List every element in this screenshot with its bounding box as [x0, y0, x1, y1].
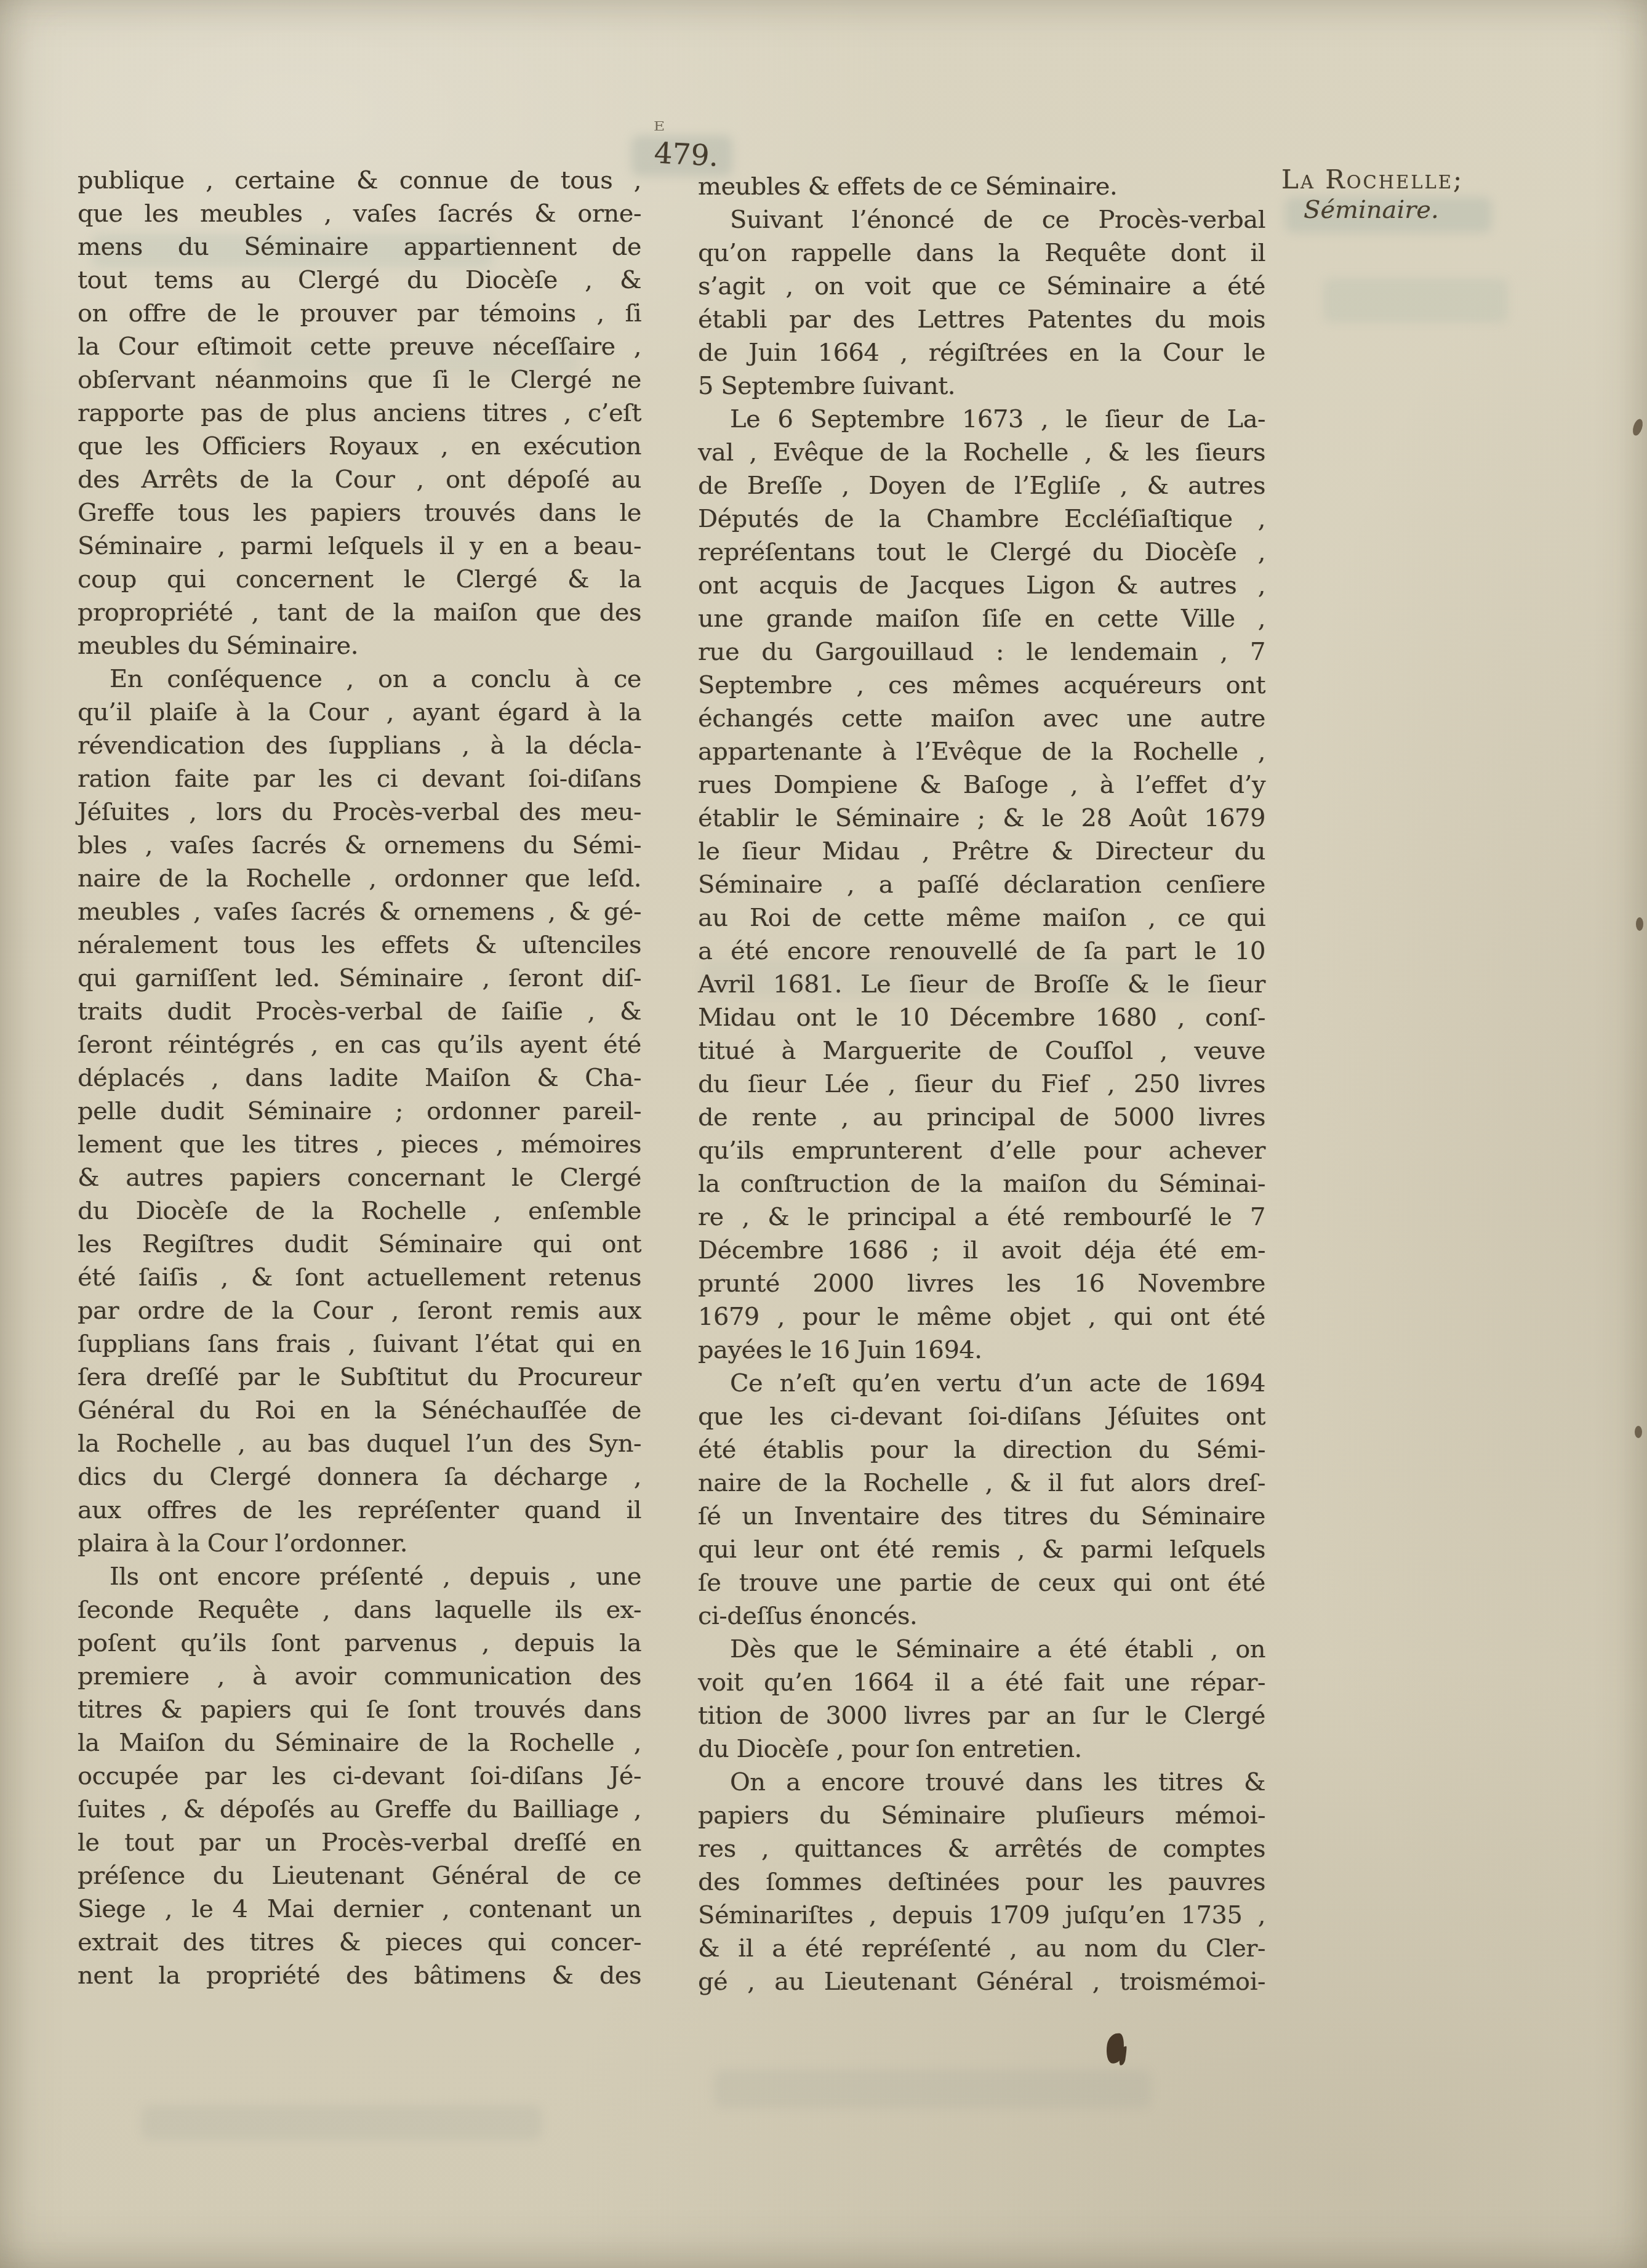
text-line: extrait des titres & pieces qui concer-	[78, 1926, 641, 1959]
text-line: le tout par un Procès-verbal dreſſé en	[78, 1826, 641, 1859]
text-line: qu’il plaiſe à la Cour , ayant égard à l…	[78, 696, 641, 729]
text-line: 5 Septembre ſuivant.	[698, 369, 1265, 403]
text-line: obſervant néanmoins que ſi le Clergé ne	[78, 363, 641, 396]
text-line: ſeront réintégrés , en cas qu’ils ayent …	[78, 1028, 641, 1061]
text-line: On a encore trouvé dans les titres &	[698, 1766, 1265, 1799]
text-line: publique , certaine & connue de tous ,	[78, 164, 641, 197]
text-line: Ils ont encore préſenté , depuis , une	[78, 1560, 641, 1593]
text-line: de rente , au principal de 5000 livres	[698, 1101, 1265, 1134]
text-line: échangés cette maiſon avec une autre	[698, 702, 1265, 735]
text-line: été établis pour la direction du Sémi-	[698, 1433, 1265, 1466]
paper-stain	[714, 2070, 1151, 2108]
text-line: ſupplians ſans frais , ſuivant l’état qu…	[78, 1327, 641, 1361]
text-line: dics du Clergé donnera ſa décharge ,	[78, 1460, 641, 1494]
edge-speck	[1635, 1426, 1642, 1438]
text-line: ration faite par les ci devant ſoi-diſan…	[78, 762, 641, 795]
text-line: que les ci-devant ſoi-diſans Jéſuites on…	[698, 1400, 1265, 1433]
text-line: le ſieur Midau , Prêtre & Directeur du	[698, 835, 1265, 868]
text-line: coup qui concernent le Clergé & la	[78, 563, 641, 596]
text-line: de Breſſe , Doyen de l’Egliſe , & autres	[698, 469, 1265, 502]
margin-note: La Rochelle; Séminaire.	[1281, 165, 1464, 225]
text-line: qui leur ont été remis , & parmi leſquel…	[698, 1533, 1265, 1566]
text-line: appartenante à l’Evêque de la Rochelle ,	[698, 735, 1265, 768]
paper-stain	[142, 2105, 542, 2140]
text-line: qui garniſſent led. Séminaire , ſeront d…	[78, 962, 641, 995]
text-line: rue du Gargouillaud : le lendemain , 7	[698, 635, 1265, 669]
text-line: naire de la Rochelle , ordonner que leſd…	[78, 862, 641, 895]
text-line: les Regiſtres dudit Séminaire qui ont	[78, 1228, 641, 1261]
text-line: une grande maiſon ſiſe en cette Ville ,	[698, 602, 1265, 635]
text-line: du Diocèſe de la Rochelle , enſemble	[78, 1194, 641, 1228]
text-line: par ordre de la Cour , ſeront remis aux	[78, 1294, 641, 1327]
paper-stain	[1323, 278, 1508, 323]
right-column: meubles & effets de ce Séminaire.Suivant…	[698, 170, 1265, 1998]
text-line: res , quittances & arrêtés de comptes	[698, 1832, 1265, 1865]
text-line: naire de la Rochelle , & il fut alors dr…	[698, 1466, 1265, 1500]
text-line: s’agit , on voit que ce Séminaire a été	[698, 270, 1265, 303]
scanned-book-page: E 479. La Rochelle; Séminaire. publique …	[0, 0, 1647, 2268]
edge-speck	[1636, 917, 1643, 931]
text-line: titué à Marguerite de Couſſol , veuve	[698, 1034, 1265, 1068]
text-line: que les meubles , vaſes ſacrés & orne-	[78, 197, 641, 230]
text-line: rapporte pas de plus anciens titres , c’…	[78, 396, 641, 430]
text-line: Séminariſtes , depuis 1709 juſqu’en 1735…	[698, 1899, 1265, 1932]
text-line: on offre de le prouver par témoins , ſi	[78, 297, 641, 330]
text-line: Séminaire , parmi leſquels il y en a bea…	[78, 529, 641, 563]
text-line: qu’ils emprunterent d’elle pour achever	[698, 1134, 1265, 1167]
text-line: Septembre , ces mêmes acquéreurs ont	[698, 669, 1265, 702]
text-line: établi par des Lettres Patentes du mois	[698, 303, 1265, 336]
text-line: au Roi de cette même maiſon , ce qui	[698, 901, 1265, 935]
text-line: Dès que le Séminaire a été établi , on	[698, 1633, 1265, 1666]
text-line: été ſaiſis , & ſont actuellement retenus	[78, 1261, 641, 1294]
text-line: & autres papiers concernant le Clergé	[78, 1161, 641, 1194]
text-line: traits dudit Procès-verbal de ſaiſie , &	[78, 995, 641, 1028]
text-line: tout tems au Clergé du Diocèſe , &	[78, 263, 641, 297]
text-line: voit qu’en 1664 il a été fait une répar-	[698, 1666, 1265, 1699]
text-line: Avril 1681. Le ſieur de Broſſe & le ſieu…	[698, 968, 1265, 1001]
text-line: rues Dompiene & Baſoge , à l’effet d’y	[698, 768, 1265, 802]
text-line: Midau ont le 10 Décembre 1680 , conſ-	[698, 1001, 1265, 1034]
text-line: nent la propriété des bâtimens & des	[78, 1959, 641, 1992]
text-line: ſera dreſſé par le Subſtitut du Procureu…	[78, 1361, 641, 1394]
text-line: qu’on rappelle dans la Requête dont il	[698, 236, 1265, 270]
text-line: révendication des ſupplians , à la décla…	[78, 729, 641, 762]
ink-blot	[1104, 2032, 1126, 2065]
text-line: Siege , le 4 Mai dernier , contenant un	[78, 1892, 641, 1926]
text-line: que les Officiers Royaux , en exécution	[78, 430, 641, 463]
text-line: prunté 2000 livres les 16 Novembre	[698, 1267, 1265, 1300]
text-line: déplacés , dans ladite Maiſon & Cha-	[78, 1061, 641, 1095]
text-line: Le 6 Septembre 1673 , le ſieur de La-	[698, 403, 1265, 436]
text-line: Général du Roi en la Sénéchauſſée de	[78, 1394, 641, 1427]
text-line: Greffe tous les papiers trouvés dans le	[78, 496, 641, 529]
text-line: poſent qu’ils ſont parvenus , depuis la	[78, 1627, 641, 1660]
text-line: mens du Séminaire appartiennent de	[78, 230, 641, 263]
text-line: du ſieur Lée , ſieur du Fief , 250 livre…	[698, 1068, 1265, 1101]
text-line: ont acquis de Jacques Ligon & autres ,	[698, 569, 1265, 602]
text-line: payées le 16 Juin 1694.	[698, 1333, 1265, 1367]
text-line: plaira à la Cour l’ordonner.	[78, 1527, 641, 1560]
text-line: la Maiſon du Séminaire de la Rochelle ,	[78, 1726, 641, 1759]
text-line: lement que les titres , pieces , mémoire…	[78, 1128, 641, 1161]
text-line: ſeconde Requête , dans laquelle ils ex-	[78, 1593, 641, 1627]
stray-type-fragment: E	[654, 118, 665, 134]
text-line: Ce n’eſt qu’en vertu d’un acte de 1694	[698, 1367, 1265, 1400]
text-line: Suivant l’énoncé de ce Procès-verbal	[698, 203, 1265, 236]
text-line: & il a été repréſenté , au nom du Cler-	[698, 1932, 1265, 1965]
text-line: 1679 , pour le même objet , qui ont été	[698, 1300, 1265, 1333]
text-line: la Rochelle , au bas duquel l’un des Syn…	[78, 1427, 641, 1460]
text-line: du Diocèſe , pour ſon entretien.	[698, 1732, 1265, 1766]
text-line: de Juin 1664 , régiſtrées en la Cour le	[698, 336, 1265, 369]
text-line: des ſommes deſtinées pour les pauvres	[698, 1865, 1265, 1899]
text-line: titres & papiers qui ſe ſont trouvés dan…	[78, 1693, 641, 1726]
text-line: néralement tous les effets & uſtenciles	[78, 928, 641, 962]
text-line: Décembre 1686 ; il avoit déja été em-	[698, 1234, 1265, 1267]
page-number: 479.	[633, 135, 740, 175]
text-line: meubles , vaſes ſacrés & ornemens , & gé…	[78, 895, 641, 928]
text-line: Séminaire , a paſſé déclaration cenſiere	[698, 868, 1265, 901]
text-line: établir le Séminaire ; & le 28 Août 1679	[698, 802, 1265, 835]
text-line: premiere , à avoir communication des	[78, 1660, 641, 1693]
text-line: occupée par les ci-devant ſoi-diſans Jé-	[78, 1759, 641, 1793]
left-column: publique , certaine & connue de tous ,qu…	[78, 164, 641, 1992]
text-line: ſuites , & dépoſés au Greffe du Bailliag…	[78, 1793, 641, 1826]
text-line: ſe trouve une partie de ceux qui ont été	[698, 1566, 1265, 1599]
edge-speck	[1631, 418, 1645, 437]
text-line: pelle dudit Séminaire ; ordonner pareil-	[78, 1095, 641, 1128]
text-line: meubles du Séminaire.	[78, 629, 641, 662]
text-line: Jéſuites , lors du Procès-verbal des meu…	[78, 795, 641, 829]
text-line: ſé un Inventaire des titres du Séminaire	[698, 1500, 1265, 1533]
text-line: val , Evêque de la Rochelle , & les ſieu…	[698, 436, 1265, 469]
text-line: la Cour eſtimoit cette preuve néceſſaire…	[78, 330, 641, 363]
text-line: bles , vaſes ſacrés & ornemens du Sémi-	[78, 829, 641, 862]
text-line: repréſentans tout le Clergé du Diocèſe ,	[698, 536, 1265, 569]
text-line: gé , au Lieutenant Général , troismémoi-	[698, 1965, 1265, 1998]
text-line: Députés de la Chambre Eccléſiaſtique ,	[698, 502, 1265, 536]
text-line: meubles & effets de ce Séminaire.	[698, 170, 1265, 203]
text-line: aux offres de les repréſenter quand il	[78, 1494, 641, 1527]
text-line: la conſtruction de la maiſon du Séminai-	[698, 1167, 1265, 1200]
text-line: a été encore renouvellé de ſa part le 10	[698, 935, 1265, 968]
text-line: papiers du Séminaire pluſieurs mémoi-	[698, 1799, 1265, 1832]
text-line: re , & le principal a été rembourſé le 7	[698, 1200, 1265, 1234]
text-line: En conſéquence , on a conclu à ce	[78, 662, 641, 696]
text-line: des Arrêts de la Cour , ont dépoſé au	[78, 463, 641, 496]
text-line: tition de 3000 livres par an ſur le Cler…	[698, 1699, 1265, 1732]
margin-note-place: La Rochelle;	[1281, 165, 1464, 195]
text-line: propropriété , tant de la maiſon que des	[78, 596, 641, 629]
text-line: ci-deſſus énoncés.	[698, 1599, 1265, 1633]
text-line: préſence du Lieutenant Général de ce	[78, 1859, 641, 1892]
margin-note-topic: Séminaire.	[1304, 195, 1464, 225]
